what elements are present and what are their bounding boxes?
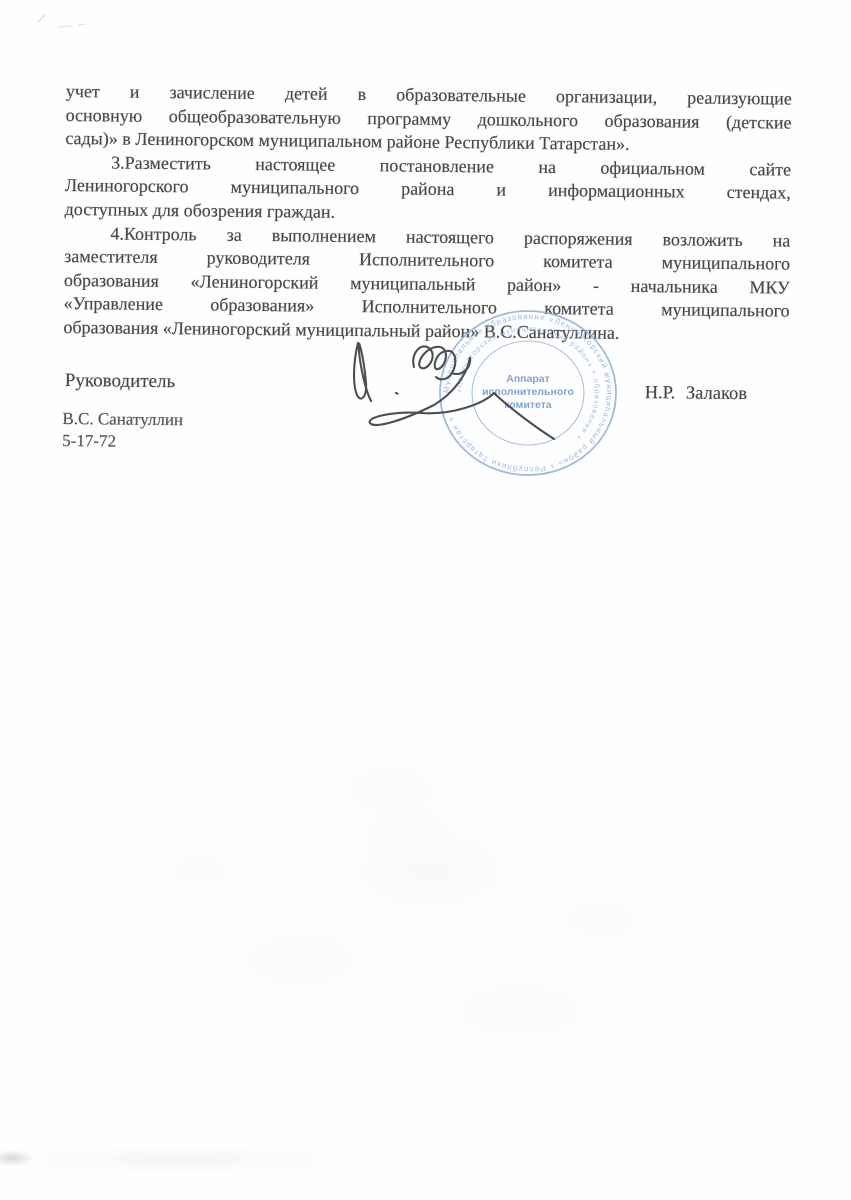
- scanned-document-page: учет и зачисление детей в образовательны…: [0, 0, 851, 1200]
- signer-name: Н.Р. Залаков: [645, 383, 748, 405]
- executor-name: В.С. Санатуллин: [62, 409, 183, 430]
- pencil-marks: [28, 8, 118, 38]
- executor-phone: 5-17-72: [62, 431, 116, 452]
- signer-title: Руководитель: [65, 370, 176, 393]
- handwritten-signature: [330, 325, 590, 455]
